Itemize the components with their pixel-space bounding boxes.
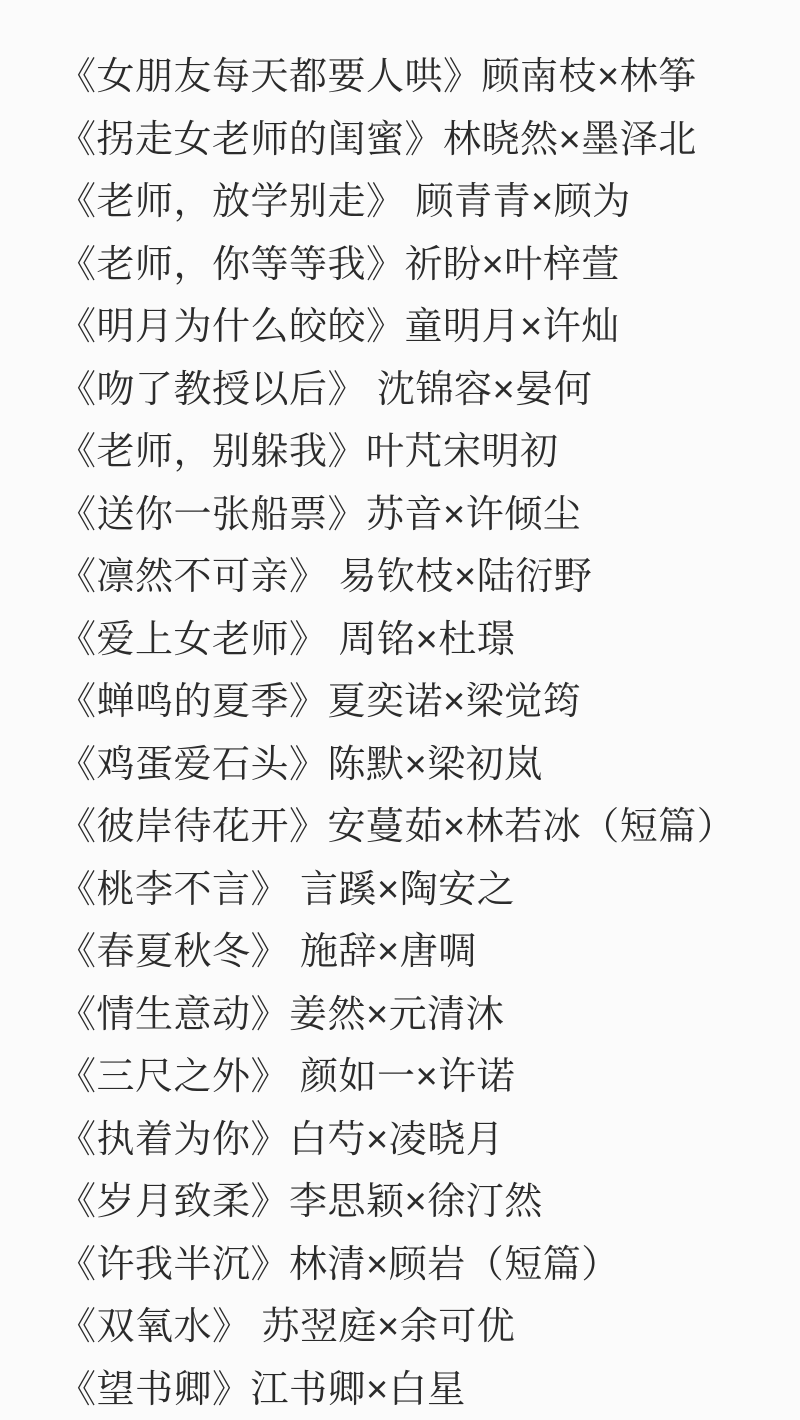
- list-item: 《女朋友每天都要人哄》顾南枝×林筝: [58, 46, 772, 109]
- list-item: 《爱上女老师》 周铭×杜璟: [58, 609, 772, 672]
- list-item: 《春夏秋冬》 施辞×唐啁: [58, 921, 772, 984]
- list-item: 《望书卿》江书卿×白星: [58, 1359, 772, 1420]
- list-item: 《蝉鸣的夏季》夏奕诺×梁觉筠: [58, 671, 772, 734]
- list-item: 《老师，你等等我》祈盼×叶梓萱: [58, 234, 772, 297]
- list-item: 《拐走女老师的闺蜜》林晓然×墨泽北: [58, 109, 772, 172]
- list-item: 《送你一张船票》苏音×许倾尘: [58, 484, 772, 547]
- list-item: 《彼岸待花开》安蔓茹×林若冰（短篇）: [58, 796, 772, 859]
- list-item: 《桃李不言》 言蹊×陶安之: [58, 859, 772, 922]
- novel-list-page: 《女朋友每天都要人哄》顾南枝×林筝 《拐走女老师的闺蜜》林晓然×墨泽北 《老师，…: [0, 0, 800, 1420]
- list-item: 《鸡蛋爱石头》陈默×梁初岚: [58, 734, 772, 797]
- list-item: 《三尺之外》 颜如一×许诺: [58, 1046, 772, 1109]
- list-item: 《凛然不可亲》 易钦枝×陆衍野: [58, 546, 772, 609]
- list-item: 《情生意动》姜然×元清沐: [58, 984, 772, 1047]
- list-item: 《岁月致柔》李思颖×徐汀然: [58, 1171, 772, 1234]
- list-item: 《老师，放学别走》 顾青青×顾为: [58, 171, 772, 234]
- list-item: 《执着为你》白芍×凌晓月: [58, 1109, 772, 1172]
- list-item: 《双氧水》 苏翌庭×余可优: [58, 1296, 772, 1359]
- list-item: 《明月为什么皎皎》童明月×许灿: [58, 296, 772, 359]
- list-item: 《许我半沉》林清×顾岩（短篇）: [58, 1234, 772, 1297]
- list-item: 《老师，别躲我》叶芃宋明初: [58, 421, 772, 484]
- book-list: 《女朋友每天都要人哄》顾南枝×林筝 《拐走女老师的闺蜜》林晓然×墨泽北 《老师，…: [58, 46, 772, 1420]
- list-item: 《吻了教授以后》 沈锦容×晏何: [58, 359, 772, 422]
